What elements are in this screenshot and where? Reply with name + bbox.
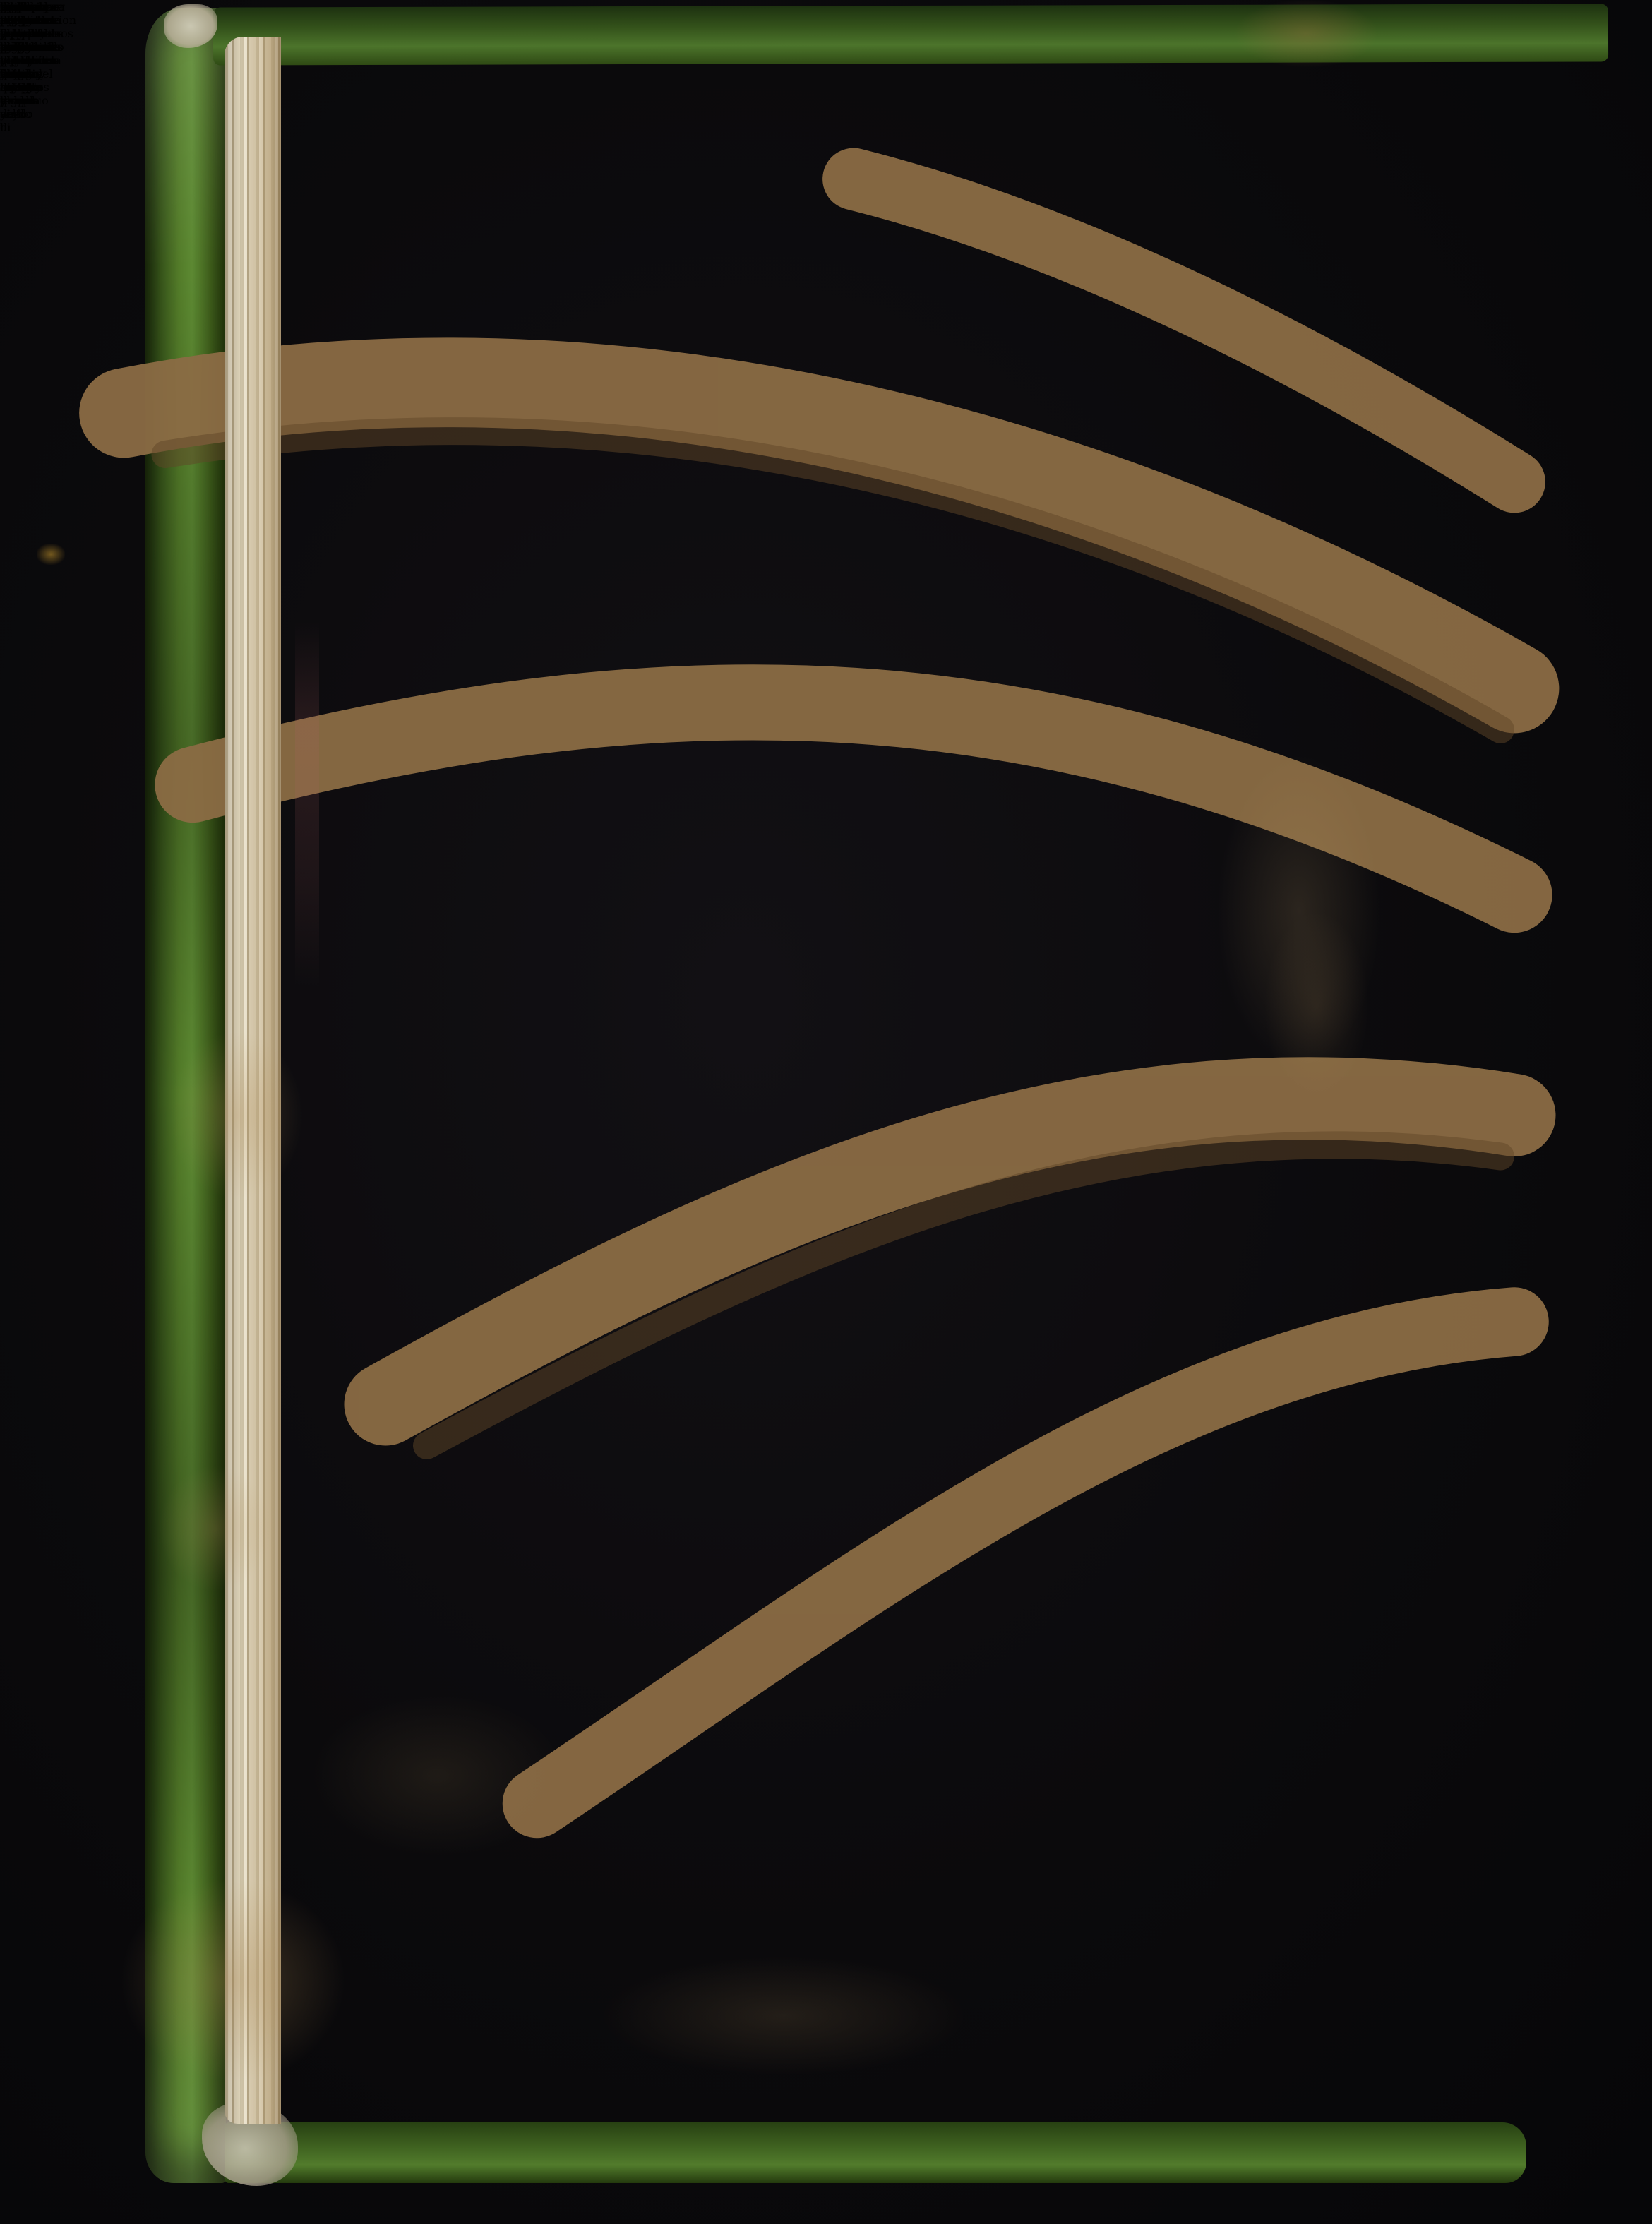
manuscript-photograph: to y conuersacion que conel auia tenido …	[0, 0, 1652, 2224]
speck	[1173, 395, 1177, 399]
marginal-annotation-mark: 9	[0, 0, 7, 13]
tie-ribbon	[537, 1322, 1515, 1804]
speck	[467, 1587, 470, 1590]
speck	[534, 690, 537, 693]
speck	[220, 106, 225, 110]
speck	[1053, 2004, 1057, 2007]
stain	[600, 1956, 967, 2076]
stain	[159, 1465, 272, 1592]
pigment-smudge	[295, 621, 319, 988]
yellow-stain	[37, 544, 65, 565]
stain	[120, 1878, 346, 2083]
speck	[41, 528, 47, 534]
speck	[805, 83, 808, 87]
water-stain	[1264, 911, 1370, 1101]
stain	[169, 1031, 304, 1200]
speck	[226, 138, 229, 142]
speck	[216, 1036, 220, 1040]
speck	[393, 199, 395, 202]
speck	[354, 177, 359, 181]
stain	[311, 1694, 565, 1857]
speck	[1339, 1408, 1343, 1412]
stain	[1235, 0, 1377, 67]
